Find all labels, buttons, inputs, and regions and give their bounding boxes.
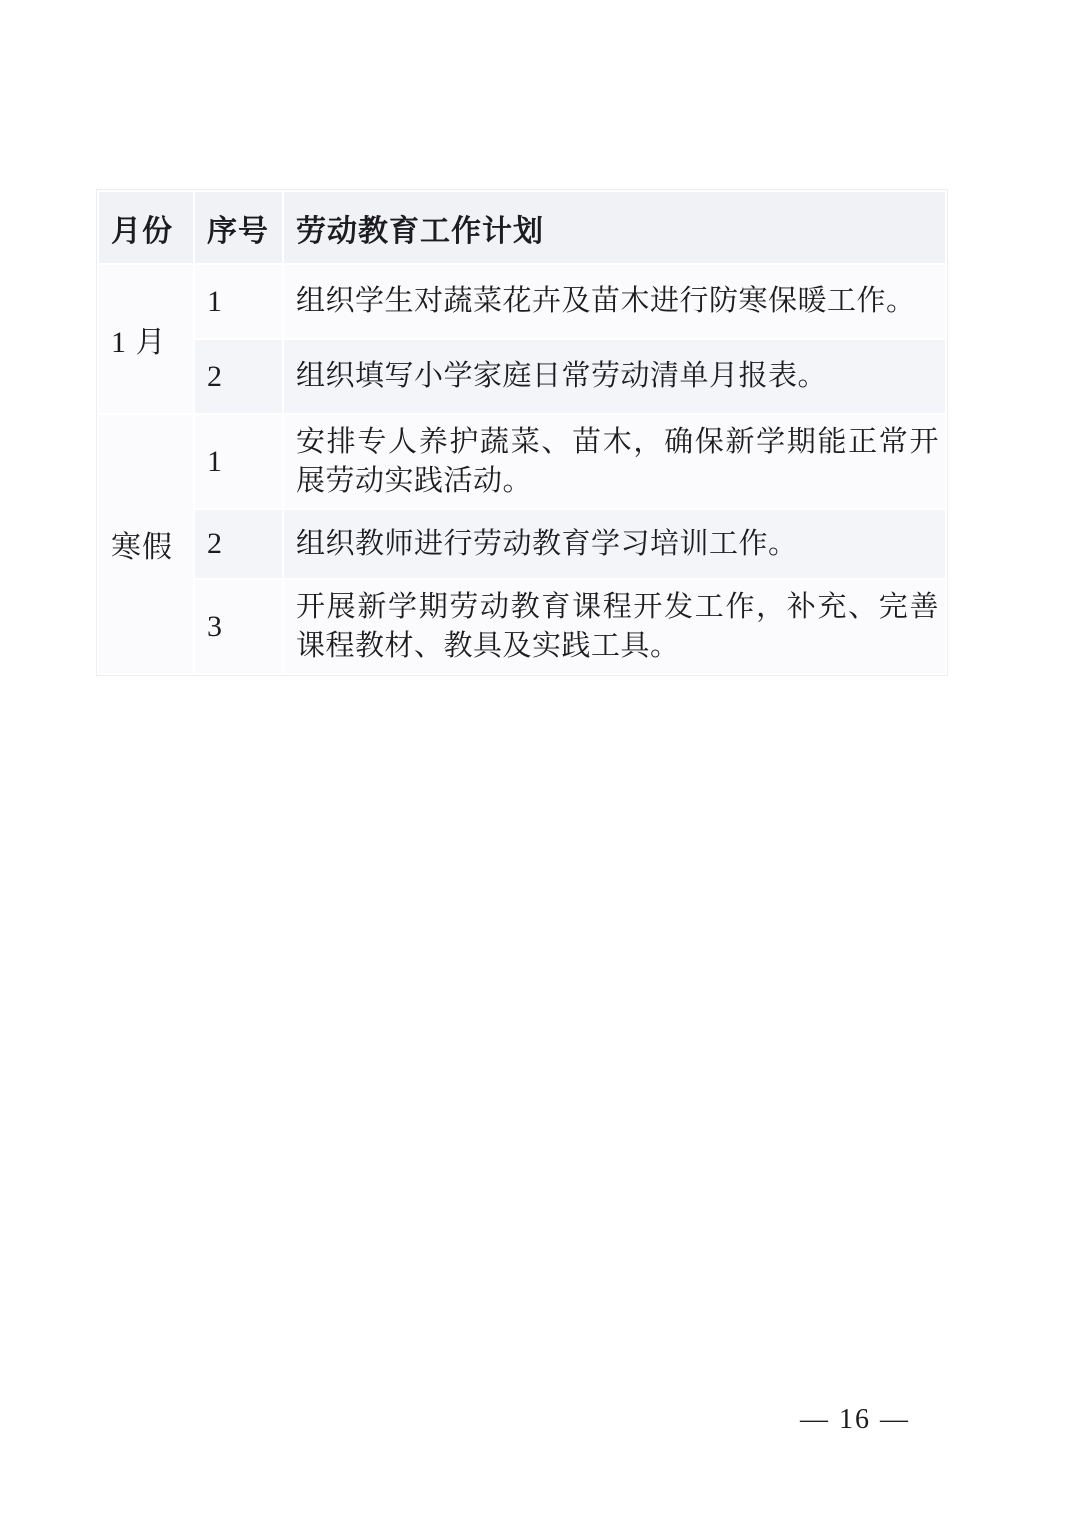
plan-cell: 组织学生对蔬菜花卉及苗木进行防寒保暖工作。 xyxy=(284,265,945,338)
column-header-month: 月份 xyxy=(99,192,193,263)
table-row: 2 组织填写小学家庭日常劳动清单月报表。 xyxy=(99,340,945,413)
month-cell-january: 1 月 xyxy=(99,265,193,413)
month-cell-winter-vacation: 寒假 xyxy=(99,415,193,673)
serial-cell: 1 xyxy=(195,415,282,508)
plan-cell: 安排专人养护蔬菜、苗木，确保新学期能正常开展劳动实践活动。 xyxy=(284,415,945,508)
table-row: 3 开展新学期劳动教育课程开发工作，补充、完善课程教材、教具及实践工具。 xyxy=(99,580,945,673)
column-header-serial: 序号 xyxy=(195,192,282,263)
plan-cell: 组织填写小学家庭日常劳动清单月报表。 xyxy=(284,340,945,413)
serial-cell: 2 xyxy=(195,510,282,578)
column-header-plan: 劳动教育工作计划 xyxy=(284,192,945,263)
table-row: 1 月 1 组织学生对蔬菜花卉及苗木进行防寒保暖工作。 xyxy=(99,265,945,338)
plan-cell: 组织教师进行劳动教育学习培训工作。 xyxy=(284,510,945,578)
table-row: 2 组织教师进行劳动教育学习培训工作。 xyxy=(99,510,945,578)
serial-cell: 2 xyxy=(195,340,282,413)
serial-cell: 3 xyxy=(195,580,282,673)
table-header-row: 月份 序号 劳动教育工作计划 xyxy=(99,192,945,263)
labor-education-plan-table: 月份 序号 劳动教育工作计划 1 月 1 组织学生对蔬菜花卉及苗木进行防寒保暖工… xyxy=(97,190,947,675)
serial-cell: 1 xyxy=(195,265,282,338)
document-page: 月份 序号 劳动教育工作计划 1 月 1 组织学生对蔬菜花卉及苗木进行防寒保暖工… xyxy=(0,0,1080,1527)
table-row: 寒假 1 安排专人养护蔬菜、苗木，确保新学期能正常开展劳动实践活动。 xyxy=(99,415,945,508)
plan-cell: 开展新学期劳动教育课程开发工作，补充、完善课程教材、教具及实践工具。 xyxy=(284,580,945,673)
page-number: — 16 — xyxy=(705,1404,1005,1436)
